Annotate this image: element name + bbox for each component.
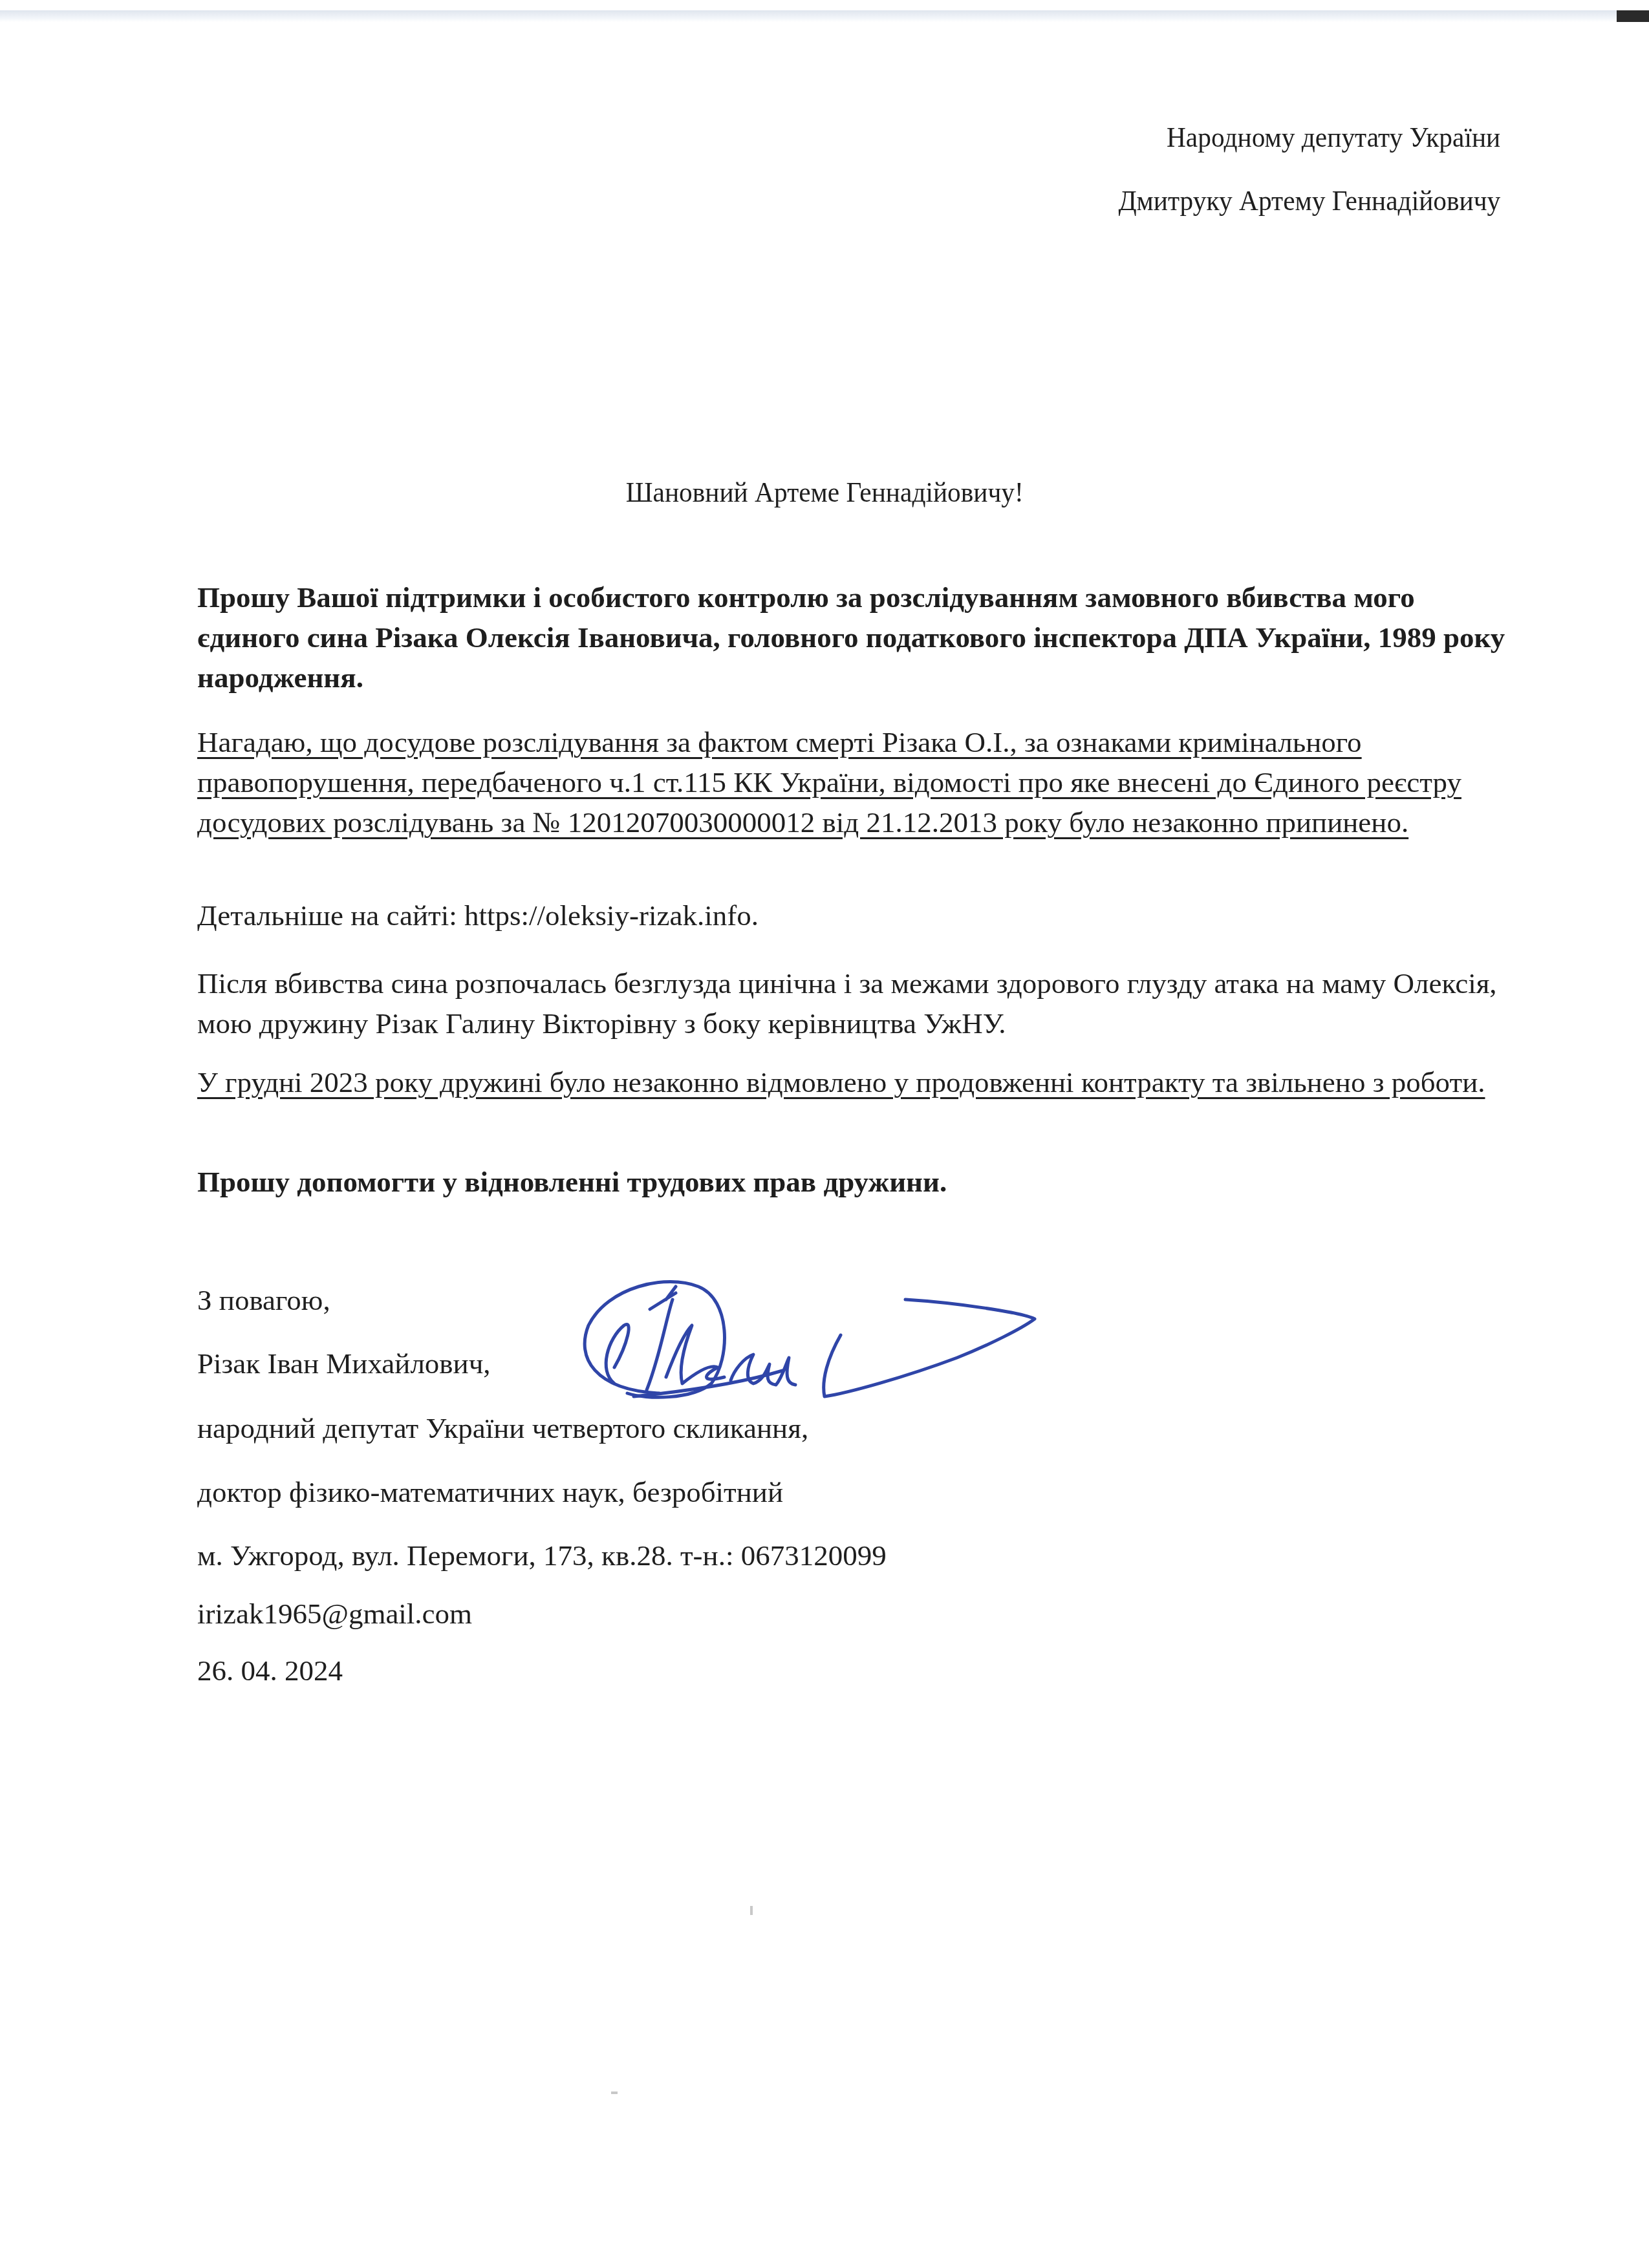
details-label: Детальніше на сайті: (197, 899, 457, 932)
signer-name: Різак Іван Михайлович, (197, 1347, 491, 1380)
closing-regards: З повагою, (197, 1283, 330, 1317)
salutation: Шановний Артеме Геннадійовичу! (0, 475, 1649, 509)
scan-speck (750, 1906, 753, 1915)
handwritten-signature (569, 1261, 1099, 1409)
signer-title: народний депутат України четвертого скли… (197, 1411, 808, 1445)
signer-email[interactable]: irizak1965@gmail.com (197, 1597, 472, 1631)
details-paragraph: Детальніше на сайті: https://oleksiy-riz… (197, 895, 1510, 936)
scan-corner-artifact (1617, 10, 1649, 22)
request-paragraph: Прошу Вашої підтримки і особистого контр… (197, 577, 1510, 698)
letter-date: 26. 04. 2024 (197, 1654, 343, 1687)
reminder-paragraph: Нагадаю, що досудове розслідування за фа… (197, 722, 1510, 842)
signer-address: м. Ужгород, вул. Перемоги, 173, кв.28. т… (197, 1539, 887, 1572)
dismissal-paragraph: У грудні 2023 року дружині було незаконн… (197, 1062, 1510, 1102)
signer-degree: доктор фізико-математичних наук, безробі… (197, 1475, 783, 1509)
addressee-block: Народному депутату України Дмитруку Арте… (1085, 123, 1500, 250)
attack-paragraph: Після вбивства сина розпочалась безглузд… (197, 963, 1510, 1043)
addressee-position: Народному депутату України (1118, 123, 1500, 152)
final-request-paragraph: Прошу допомогти у відновленні трудових п… (197, 1162, 1510, 1202)
addressee-name: Дмитруку Артему Геннадійовичу (1118, 186, 1500, 215)
website-link[interactable]: https://oleksiy-rizak.info. (464, 899, 759, 932)
scan-speck (611, 2091, 618, 2094)
scan-edge-artifact (0, 10, 1617, 22)
